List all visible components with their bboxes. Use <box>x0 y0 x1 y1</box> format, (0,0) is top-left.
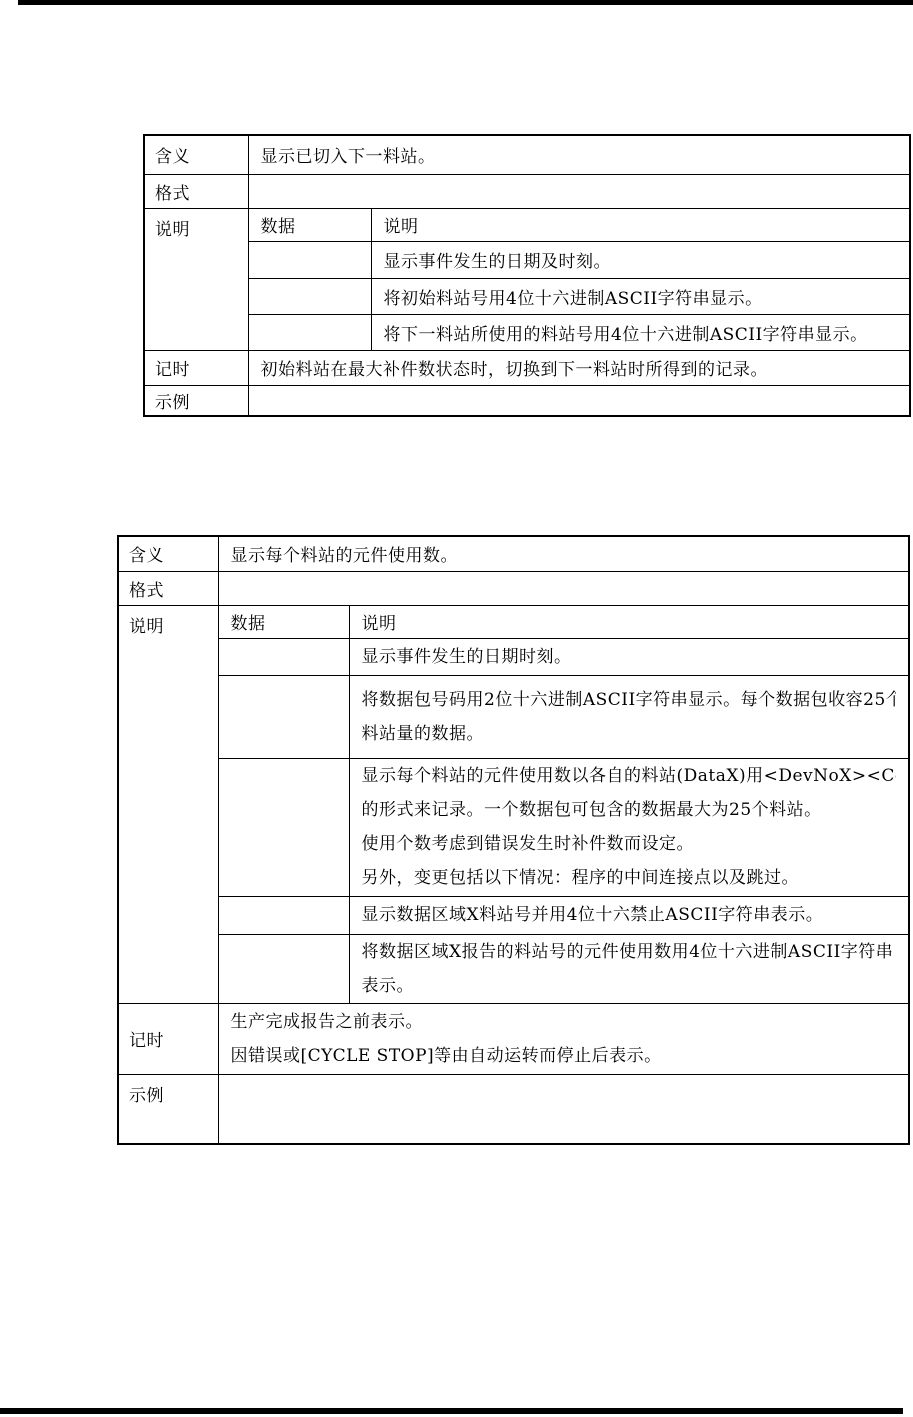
table-row: 格式 <box>144 174 910 208</box>
t2-desc-cell-1: 将数据包号码用2位十六进制ASCII字符串显示。每个数据包收容25个 料站量的数… <box>349 675 909 758</box>
t1-desc-cell-1: 将初始料站号用4位十六进制ASCII字符串显示。 <box>371 278 910 314</box>
t1-meaning-text: 显示已切入下一料站。 <box>261 142 898 167</box>
t2-format-label: 格式 <box>118 571 218 605</box>
t2-example-value <box>218 1074 909 1144</box>
t1-description-label: 说明 <box>144 208 248 350</box>
table-row: 说明 数据 说明 <box>118 605 909 638</box>
t2-desc-line: 使用个数考虑到错误发生时补件数而设定。 <box>362 827 897 861</box>
t2-data-cell-0 <box>218 638 349 675</box>
t1-desc-cell-2: 将下一料站所使用的料站号用4位十六进制ASCII字符串显示。 <box>371 314 910 350</box>
t1-meaning-label: 含义 <box>144 135 248 174</box>
table-row: 示例 <box>144 385 910 416</box>
t2-desc-cell-0: 显示事件发生的日期时刻。 <box>349 638 909 675</box>
t1-desc-cell-0: 显示事件发生的日期及时刻。 <box>371 241 910 278</box>
table-row: 显示事件发生的日期及时刻。 <box>144 241 910 278</box>
table-row: 显示数据区域X料站号并用4位十六禁止ASCII字符串表示。 <box>118 896 909 934</box>
table-row: 示例 <box>118 1074 909 1144</box>
t2-format-value <box>218 571 909 605</box>
table-row: 将数据区域X报告的料站号的元件使用数用4位十六进制ASCII字符串 表示。 <box>118 934 909 1003</box>
table-row: 显示每个料站的元件使用数以各自的料站(DataX)用<DevNoX><Count… <box>118 758 909 896</box>
t2-timing-label: 记时 <box>118 1003 218 1074</box>
t1-timing-text: 初始料站在最大补件数状态时，切换到下一料站时所得到的记录。 <box>261 355 898 380</box>
t2-data-header: 数据 <box>218 605 349 638</box>
t2-desc-line: 显示事件发生的日期时刻。 <box>362 640 897 674</box>
t2-desc-line: 料站量的数据。 <box>362 717 897 751</box>
table-row: 含义 显示已切入下一料站。 <box>144 135 910 174</box>
t2-example-label: 示例 <box>118 1074 218 1144</box>
t1-meaning-value: 显示已切入下一料站。 <box>248 135 910 174</box>
t1-desc-text-2: 将下一料站所使用的料站号用4位十六进制ASCII字符串显示。 <box>384 320 898 345</box>
table-row: 将数据包号码用2位十六进制ASCII字符串显示。每个数据包收容25个 料站量的数… <box>118 675 909 758</box>
t2-desc-cell-2: 显示每个料站的元件使用数以各自的料站(DataX)用<DevNoX><Count… <box>349 758 909 896</box>
table-row: 含义 显示每个料站的元件使用数。 <box>118 536 909 571</box>
t2-data-cell-1 <box>218 675 349 758</box>
t1-format-value <box>248 174 910 208</box>
t1-timing-label: 记时 <box>144 350 248 385</box>
t1-example-value <box>248 385 910 416</box>
t1-data-cell-0 <box>248 241 371 278</box>
t1-data-cell-2 <box>248 314 371 350</box>
t1-format-label: 格式 <box>144 174 248 208</box>
t2-desc-header: 说明 <box>349 605 909 638</box>
t2-desc-line: 显示每个料站的元件使用数以各自的料站(DataX)用<DevNoX><Count… <box>362 759 897 793</box>
t1-desc-text-1: 将初始料站号用4位十六进制ASCII字符串显示。 <box>384 284 898 309</box>
table-row: 说明 数据 说明 <box>144 208 910 241</box>
t2-description-label: 说明 <box>118 605 218 1003</box>
page-top-rule <box>18 0 913 5</box>
t2-data-cell-3 <box>218 896 349 934</box>
t2-desc-line: 另外，变更包括以下情况：程序的中间连接点以及跳过。 <box>362 861 897 895</box>
t2-timing-value: 生产完成报告之前表示。 因错误或[CYCLE STOP]等由自动运转而停止后表示… <box>218 1003 909 1074</box>
page-bottom-rule <box>0 1408 903 1414</box>
table-row: 将初始料站号用4位十六进制ASCII字符串显示。 <box>144 278 910 314</box>
t2-meaning-text: 显示每个料站的元件使用数。 <box>231 541 897 566</box>
t1-data-cell-1 <box>248 278 371 314</box>
event-record-table-1: 含义 显示已切入下一料站。 格式 说明 数据 说明 显示事件发生的日期及时刻。 … <box>143 134 911 417</box>
t2-desc-line: 表示。 <box>362 969 897 1003</box>
t2-meaning-label: 含义 <box>118 536 218 571</box>
event-record-table-2: 含义 显示每个料站的元件使用数。 格式 说明 数据 说明 显示事件发生的日期时刻… <box>117 535 910 1145</box>
table-row: 记时 生产完成报告之前表示。 因错误或[CYCLE STOP]等由自动运转而停止… <box>118 1003 909 1074</box>
t2-timing-line: 因错误或[CYCLE STOP]等由自动运转而停止后表示。 <box>231 1039 897 1073</box>
t2-desc-cell-4: 将数据区域X报告的料站号的元件使用数用4位十六进制ASCII字符串 表示。 <box>349 934 909 1003</box>
document-page: { "page": { "background": "#ffffff", "ru… <box>0 0 913 1417</box>
t2-desc-line: 显示数据区域X料站号并用4位十六禁止ASCII字符串表示。 <box>362 898 897 932</box>
t1-desc-text-0: 显示事件发生的日期及时刻。 <box>384 247 898 272</box>
t2-meaning-value: 显示每个料站的元件使用数。 <box>218 536 909 571</box>
t1-desc-header: 说明 <box>371 208 910 241</box>
t2-data-cell-4 <box>218 934 349 1003</box>
t2-data-cell-2 <box>218 758 349 896</box>
t2-desc-cell-3: 显示数据区域X料站号并用4位十六禁止ASCII字符串表示。 <box>349 896 909 934</box>
t2-desc-line: 将数据区域X报告的料站号的元件使用数用4位十六进制ASCII字符串 <box>362 935 897 969</box>
table-row: 格式 <box>118 571 909 605</box>
t1-example-label: 示例 <box>144 385 248 416</box>
t2-desc-line: 将数据包号码用2位十六进制ASCII字符串显示。每个数据包收容25个 <box>362 683 897 717</box>
table-row: 记时 初始料站在最大补件数状态时，切换到下一料站时所得到的记录。 <box>144 350 910 385</box>
t1-data-header: 数据 <box>248 208 371 241</box>
t2-timing-line: 生产完成报告之前表示。 <box>231 1005 897 1039</box>
t1-timing-value: 初始料站在最大补件数状态时，切换到下一料站时所得到的记录。 <box>248 350 910 385</box>
table-row: 将下一料站所使用的料站号用4位十六进制ASCII字符串显示。 <box>144 314 910 350</box>
t2-desc-line: 的形式来记录。一个数据包可包含的数据最大为25个料站。 <box>362 793 897 827</box>
table-row: 显示事件发生的日期时刻。 <box>118 638 909 675</box>
